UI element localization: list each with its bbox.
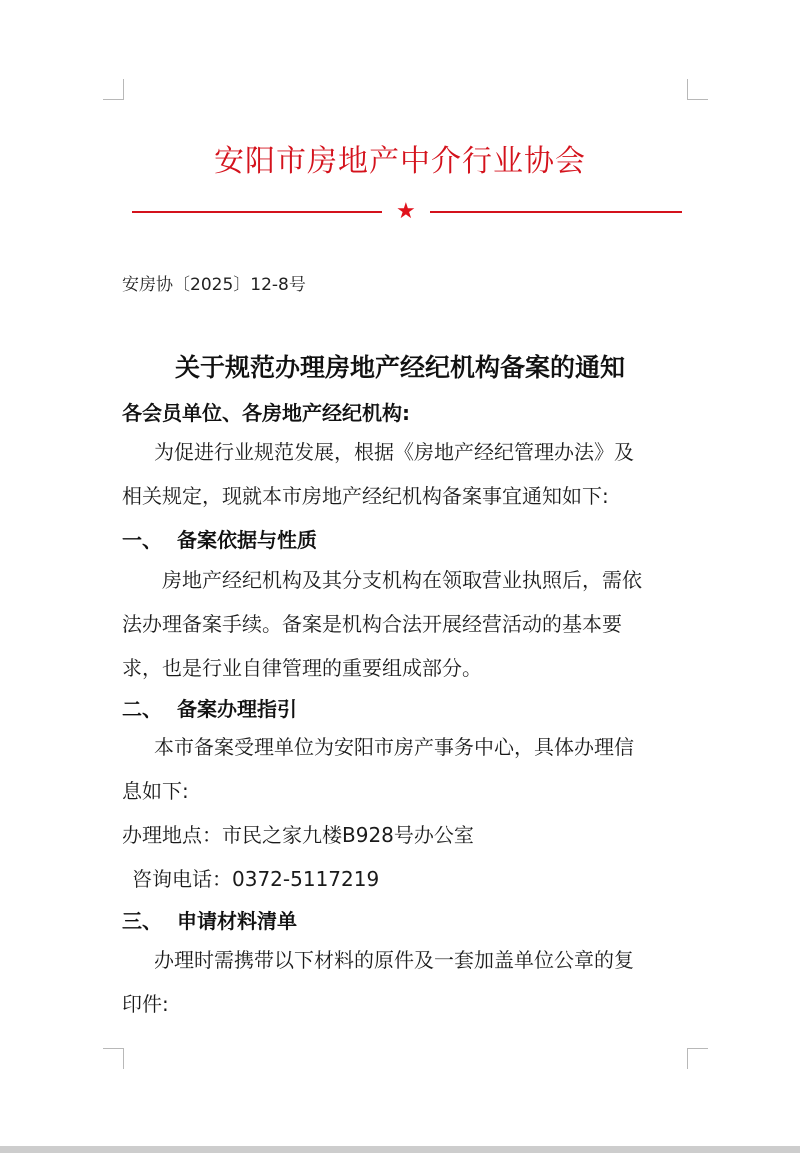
section-title: 申请材料清单: [177, 909, 297, 933]
consult-phone: 咨询电话：0372-5117219: [132, 867, 379, 891]
page-bottom-edge: [0, 1146, 800, 1153]
section-heading-3: 三、申请材料清单: [122, 905, 297, 934]
body-line: 法办理备案手续。备案是机构合法开展经营活动的基本要: [122, 612, 622, 636]
body-line: 房地产经纪机构及其分支机构在领取营业执照后，需依: [162, 568, 642, 592]
salutation: 各会员单位、各房地产经纪机构:: [122, 397, 410, 426]
section-title: 备案办理指引: [177, 697, 297, 721]
page-corner-mark-bottom-right: [687, 1048, 708, 1069]
page-corner-mark-bottom-left: [103, 1048, 124, 1069]
section-heading-1: 一、备案依据与性质: [122, 524, 317, 553]
star-icon: ★: [396, 200, 416, 224]
section-number: 一、: [122, 524, 177, 553]
section-2-body: 本市备案受理单位为安阳市房产事务中心，具体办理信 息如下: 办理地点：市民之家九…: [122, 725, 702, 901]
intro-line: 相关规定，现就本市房地产经纪机构备案事宜通知如下:: [122, 484, 609, 508]
body-line: 息如下:: [122, 779, 189, 803]
red-divider-right: [430, 211, 682, 213]
page-corner-mark-top-right: [687, 79, 708, 100]
section-heading-2: 二、备案办理指引: [122, 693, 297, 722]
section-title: 备案依据与性质: [177, 528, 317, 552]
body-line: 本市备案受理单位为安阳市房产事务中心，具体办理信: [154, 735, 634, 759]
section-number: 三、: [122, 905, 177, 934]
section-3-body: 办理时需携带以下材料的原件及一套加盖单位公章的复 印件:: [122, 938, 702, 1026]
red-divider-left: [132, 211, 382, 213]
document-number: 安房协〔2025〕12-8号: [122, 270, 306, 295]
body-line: 办理时需携带以下材料的原件及一套加盖单位公章的复: [154, 948, 634, 972]
organization-title: 安阳市房地产中介行业协会: [0, 136, 800, 180]
section-1-body: 房地产经纪机构及其分支机构在领取营业执照后，需依 法办理备案手续。备案是机构合法…: [122, 558, 702, 690]
notice-title: 关于规范办理房地产经纪机构备案的通知: [0, 348, 800, 384]
office-location: 办理地点：市民之家九楼B928号办公室: [122, 823, 474, 847]
intro-paragraph: 为促进行业规范发展，根据《房地产经纪管理办法》及 相关规定，现就本市房地产经纪机…: [122, 430, 702, 518]
page-corner-mark-top-left: [103, 79, 124, 100]
section-number: 二、: [122, 693, 177, 722]
body-line: 印件:: [122, 992, 169, 1016]
body-line: 求，也是行业自律管理的重要组成部分。: [122, 656, 482, 680]
intro-line: 为促进行业规范发展，根据《房地产经纪管理办法》及: [154, 440, 634, 464]
